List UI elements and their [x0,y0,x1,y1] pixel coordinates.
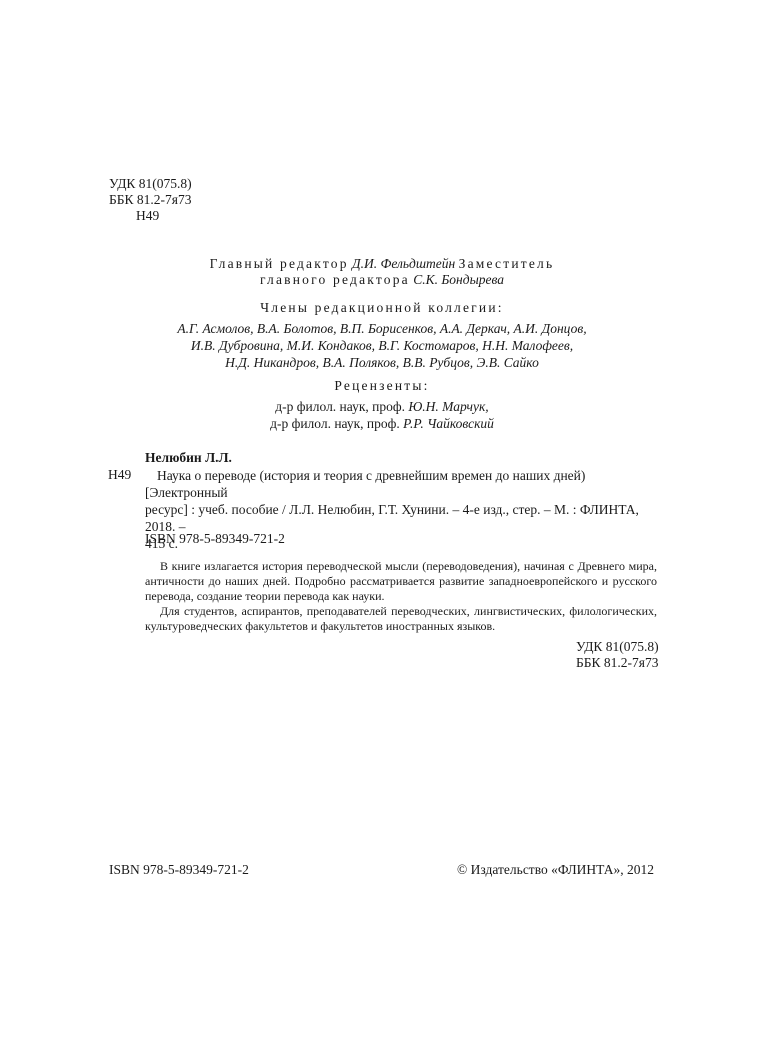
biblio-line: Наука о переводе (история и теория с дре… [145,467,665,501]
footer-copyright: © Издательство «ФЛИНТА», 2012 [457,862,654,878]
isbn: ISBN 978-5-89349-721-2 [145,531,285,547]
udk-code: УДК 81(075.8) [576,639,659,655]
board-line: И.В. Дубровина, М.И. Кондаков, В.Г. Кост… [0,337,764,354]
reviewer: д-р филол. наук, проф. Р.Р. Чайковский [0,415,764,432]
board-line: Н.Д. Никандров, В.А. Поляков, В.В. Рубцо… [0,354,764,371]
reviewer: д-р филол. наук, проф. Ю.Н. Марчук, [0,398,764,415]
board-title: Члены редакционной коллегии: [0,300,764,316]
chief-editor-label: Главный редактор [210,256,349,271]
udk-code: УДК 81(075.8) [109,176,192,192]
reviewers-title: Рецензенты: [0,378,764,394]
deputy-label-2: главного редактора [260,272,410,287]
bbk-code: ББК 81.2-7я73 [576,655,659,671]
author-sign-biblio: Н49 [108,467,131,483]
classification-top: УДК 81(075.8) ББК 81.2-7я73 Н49 [109,176,192,224]
editorial-staff: Главный редактор Д.И. Фельдштейн Замести… [0,256,764,288]
annotation-paragraph: В книге излагается история переводческой… [145,559,657,604]
author-heading: Нелюбин Л.Л. [145,450,232,466]
board-members: А.Г. Асмолов, В.А. Болотов, В.П. Борисен… [0,320,764,371]
author-sign: Н49 [109,208,192,224]
chief-editor-name: Д.И. Фельдштейн [352,256,455,271]
board-line: А.Г. Асмолов, В.А. Болотов, В.П. Борисен… [0,320,764,337]
reviewers: д-р филол. наук, проф. Ю.Н. Марчук, д-р … [0,398,764,432]
classification-bottom: УДК 81(075.8) ББК 81.2-7я73 [576,639,659,671]
annotation: В книге излагается история переводческой… [145,559,657,634]
bbk-code: ББК 81.2-7я73 [109,192,192,208]
deputy-label-1: Заместитель [459,256,555,271]
biblio-line: ресурс] : учеб. пособие / Л.Л. Нелюбин, … [145,501,665,535]
deputy-editor-name: С.К. Бондырева [413,272,504,287]
footer-isbn: ISBN 978-5-89349-721-2 [109,862,249,878]
annotation-paragraph: Для студентов, аспирантов, преподавателе… [145,604,657,634]
